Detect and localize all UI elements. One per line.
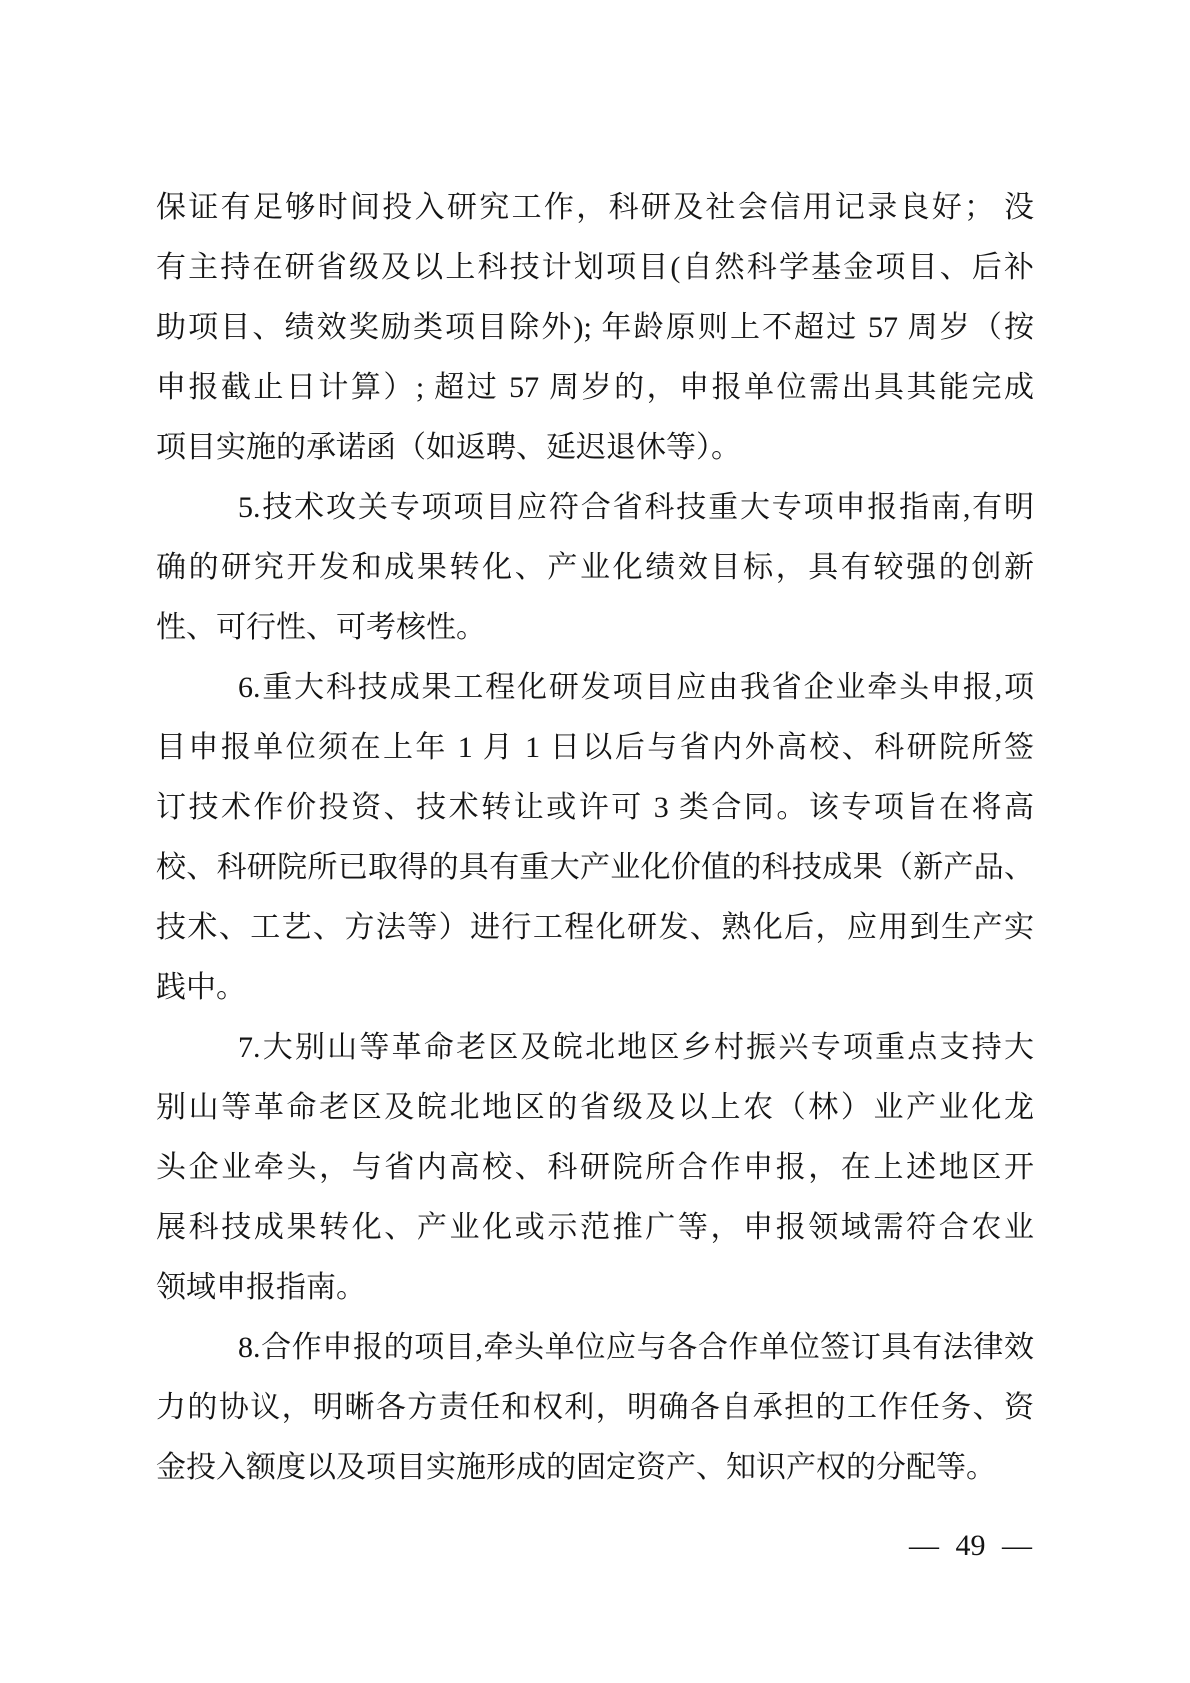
text-line: 目申报单位须在上年 1 月 1 日以后与省内外高校、科研院所签 [156, 718, 1034, 778]
text-line: 校、科研院所已取得的具有重大产业化价值的科技成果（新产品、 [156, 838, 1034, 898]
text-line: 8.合作申报的项目,牵头单位应与各合作单位签订具有法律效 [156, 1318, 1034, 1378]
paragraph-item-8: 8.合作申报的项目,牵头单位应与各合作单位签订具有法律效 力的协议，明晰各方责任… [156, 1318, 1034, 1498]
text-line: 助项目、绩效奖励类项目除外); 年龄原则上不超过 57 周岁（按 [156, 298, 1034, 358]
document-page: 保证有足够时间投入研究工作，科研及社会信用记录良好； 没 有主持在研省级及以上科… [0, 0, 1190, 1683]
paragraph-item-5: 5.技术攻关专项项目应符合省科技重大专项申报指南,有明 确的研究开发和成果转化、… [156, 478, 1034, 658]
text-line: 有主持在研省级及以上科技计划项目(自然科学基金项目、后补 [156, 238, 1034, 298]
text-line: 订技术作价投资、技术转让或许可 3 类合同。该专项旨在将高 [156, 778, 1034, 838]
paragraph-item-7: 7.大别山等革命老区及皖北地区乡村振兴专项重点支持大 别山等革命老区及皖北地区的… [156, 1018, 1034, 1318]
text-line: 6.重大科技成果工程化研发项目应由我省企业牵头申报,项 [156, 658, 1034, 718]
text-line: 力的协议，明晰各方责任和权利，明确各自承担的工作任务、资 [156, 1378, 1034, 1438]
document-body: 保证有足够时间投入研究工作，科研及社会信用记录良好； 没 有主持在研省级及以上科… [156, 178, 1034, 1498]
text-line: 领域申报指南。 [156, 1258, 1034, 1318]
text-line: 性、可行性、可考核性。 [156, 598, 1034, 658]
text-line: 5.技术攻关专项项目应符合省科技重大专项申报指南,有明 [156, 478, 1034, 538]
text-line: 别山等革命老区及皖北地区的省级及以上农（林）业产业化龙 [156, 1078, 1034, 1138]
text-line: 践中。 [156, 958, 1034, 1018]
page-number: — 49 — [909, 1524, 1032, 1568]
paragraph-item-6: 6.重大科技成果工程化研发项目应由我省企业牵头申报,项 目申报单位须在上年 1 … [156, 658, 1034, 1018]
text-line: 保证有足够时间投入研究工作，科研及社会信用记录良好； 没 [156, 178, 1034, 238]
text-line: 7.大别山等革命老区及皖北地区乡村振兴专项重点支持大 [156, 1018, 1034, 1078]
text-line: 申报截止日计算）; 超过 57 周岁的，申报单位需出具其能完成 [156, 358, 1034, 418]
text-line: 头企业牵头，与省内高校、科研院所合作申报，在上述地区开 [156, 1138, 1034, 1198]
text-line: 项目实施的承诺函（如返聘、延迟退休等）。 [156, 418, 1034, 478]
text-line: 技术、工艺、方法等）进行工程化研发、熟化后，应用到生产实 [156, 898, 1034, 958]
paragraph-continuation: 保证有足够时间投入研究工作，科研及社会信用记录良好； 没 有主持在研省级及以上科… [156, 178, 1034, 478]
text-line: 金投入额度以及项目实施形成的固定资产、知识产权的分配等。 [156, 1438, 1034, 1498]
text-line: 展科技成果转化、产业化或示范推广等，申报领域需符合农业 [156, 1198, 1034, 1258]
text-line: 确的研究开发和成果转化、产业化绩效目标，具有较强的创新 [156, 538, 1034, 598]
